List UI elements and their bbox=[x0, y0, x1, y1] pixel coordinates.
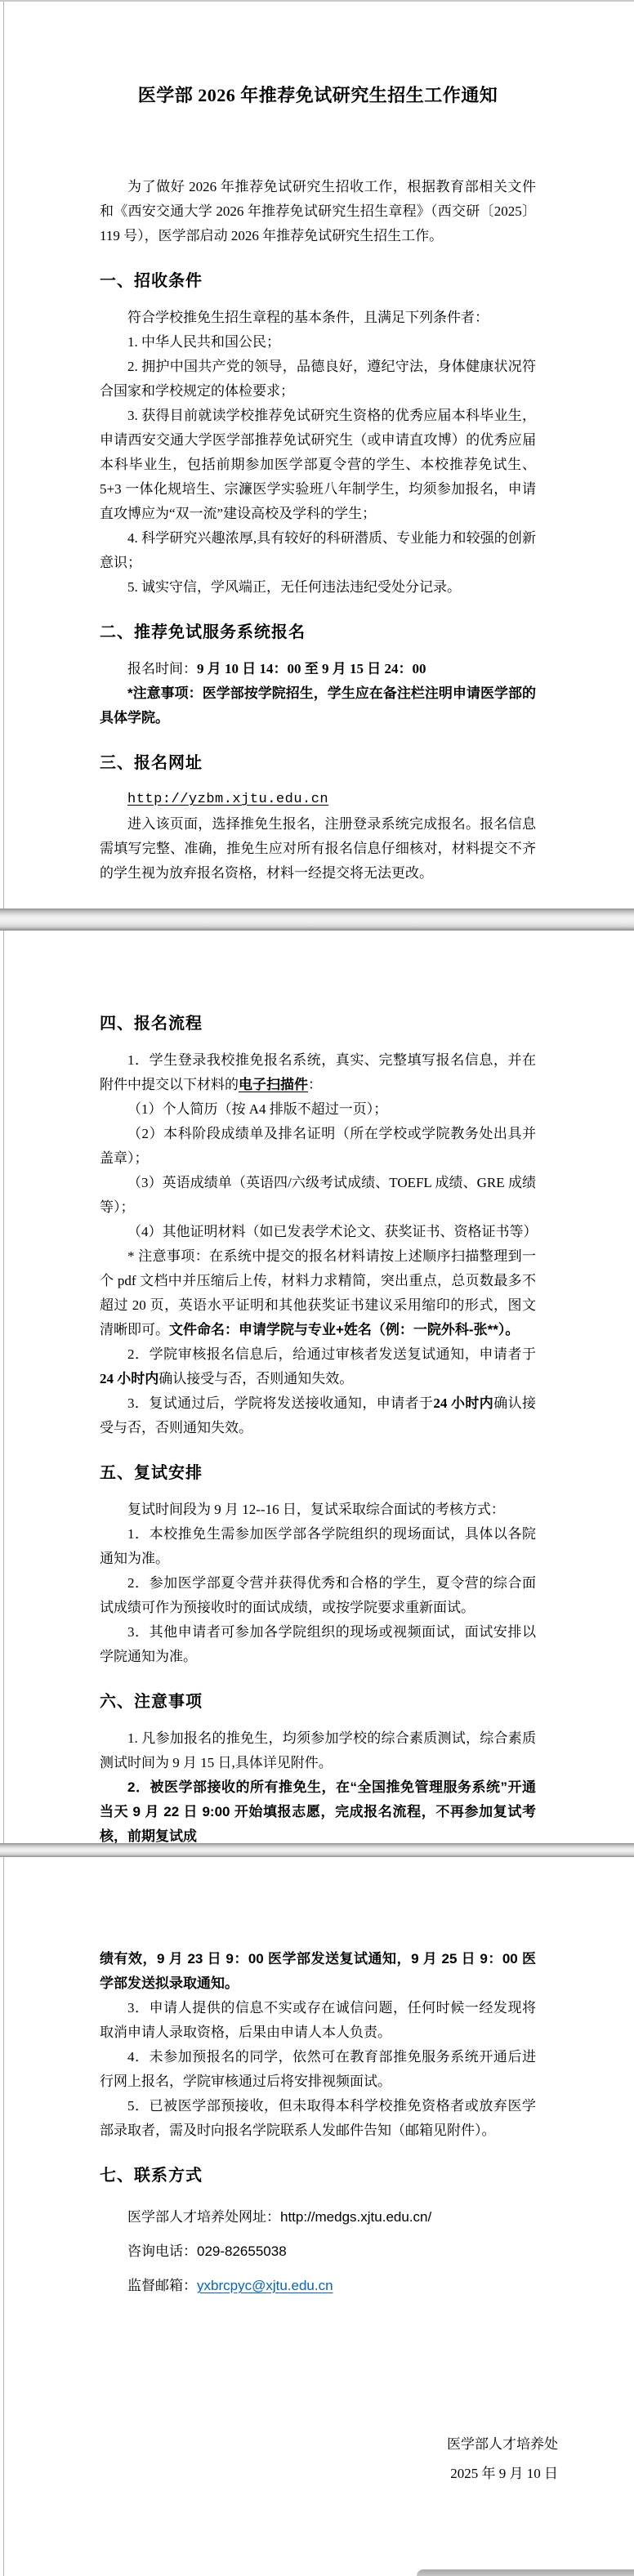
paragraph: 绩有效，9 月 23 日 9：00 医学部发送复试通知，9 月 25 日 9：0… bbox=[100, 1947, 536, 1996]
contact-line: 咨询电话：029-82655038 bbox=[100, 2234, 536, 2269]
paragraph: 2．学院审核报名信息后，给通过审核者发送复试通知，申请者于24 小时内确认接受与… bbox=[100, 1342, 536, 1391]
section-heading: 七、联系方式 bbox=[100, 2163, 536, 2189]
text-run: 3．复试通过后，学院将发送接收通知，申请者于 bbox=[127, 1395, 433, 1411]
paragraph: 5. 诚实守信，学风端正，无任何违法违纪受处分记录。 bbox=[100, 575, 536, 600]
section-heading: 四、报名流程 bbox=[100, 1011, 536, 1037]
paragraph: 2．被医学部接收的所有推免生，在“全国推免管理服务系统”开通当天 9 月 22 … bbox=[100, 1775, 536, 1843]
paragraph: 进入该页面，选择推免生报名，注册登录系统完成报名。报名信息需填写完整、准确，推免… bbox=[100, 812, 536, 886]
section-heading: 三、报名网址 bbox=[100, 750, 536, 776]
paragraph: * 注意事项：在系统中提交的报名材料请按上述顺序扫描整理到一个 pdf 文档中并… bbox=[100, 1244, 536, 1342]
paragraph: 5．已被医学部预接收，但未取得本科学校推免资格者或放弃医学部录取者，需及时向报名… bbox=[100, 2094, 536, 2143]
paragraph: 1．学生登录我校推免报名系统，真实、完整填写报名信息，并在附件中提交以下材料的电… bbox=[100, 1048, 536, 1097]
paragraph: 1. 中华人民共和国公民； bbox=[100, 330, 536, 355]
paragraph: 2. 拥护中国共产党的领导，品德良好，遵纪守法，身体健康状况符合国家和学校规定的… bbox=[100, 355, 536, 404]
email-link[interactable]: yxbrcpyc@xjtu.edu.cn bbox=[197, 2278, 333, 2293]
paragraph: 符合学校推免生招生章程的基本条件，且满足下列条件者： bbox=[100, 306, 536, 330]
text-run: 文件命名：申请学院与专业+姓名（例：一院外科-张**）。 bbox=[169, 1322, 519, 1337]
signature-line: 2025 年 9 月 10 日 bbox=[100, 2459, 558, 2489]
paragraph: 1. 凡参加报名的推免生，均须参加学校的综合素质测试，综合素质测试时间为 9 月… bbox=[100, 1726, 536, 1775]
paragraph: 报名时间：9 月 10 日 14：00 至 9 月 15 日 24：00 bbox=[100, 657, 536, 681]
text-run: 电子扫描件 bbox=[239, 1077, 308, 1092]
paragraph: 3．复试通过后，学院将发送接收通知，申请者于24 小时内确认接受与否，否则通知失… bbox=[100, 1391, 536, 1440]
page-2: 四、报名流程1．学生登录我校推免报名系统，真实、完整填写报名信息，并在附件中提交… bbox=[3, 931, 634, 1843]
section-heading: 一、招收条件 bbox=[100, 268, 536, 294]
paragraph: 为了做好 2026 年推荐免试研究生招收工作，根据教育部相关文件和《西安交通大学… bbox=[100, 175, 536, 248]
text-run: 24 小时内 bbox=[100, 1371, 158, 1386]
paragraph: （1）个人简历（按 A4 排版不超过一页）； bbox=[100, 1097, 536, 1122]
paragraph: （3）英语成绩单（英语四/六级考试成绩、TOEFL 成绩、GRE 成绩等）； bbox=[100, 1171, 536, 1220]
signup-url-link[interactable]: http://yzbm.xjtu.edu.cn bbox=[100, 788, 536, 812]
text-run: 绩有效，9 月 23 日 9：00 医学部发送复试通知，9 月 25 日 9：0… bbox=[100, 1951, 536, 1991]
document-title: 医学部 2026 年推荐免试研究生招生工作通知 bbox=[100, 82, 536, 109]
text-run: ： bbox=[308, 1077, 322, 1092]
paragraph: （2）本科阶段成绩单及排名证明（所在学校或学院教务处出具并盖章）； bbox=[100, 1122, 536, 1171]
paragraph: （4）其他证明材料（如已发表学术论文、获奖证书、资格证书等） bbox=[100, 1220, 536, 1244]
paragraph: 3．申请人提供的信息不实或存在诚信问题，任何时候一经发现将取消申请人录取资格，后… bbox=[100, 1996, 536, 2045]
text-run: 9 月 10 日 14：00 至 9 月 15 日 24：00 bbox=[197, 661, 426, 676]
text-run: 报名时间： bbox=[127, 661, 197, 676]
bottom-overlay-bar bbox=[417, 2569, 634, 2576]
text-run: 2．被医学部接收的所有推免生，在“全国推免管理服务系统”开通当天 9 月 22 … bbox=[100, 1779, 536, 1843]
contact-line: 监督邮箱：yxbrcpyc@xjtu.edu.cn bbox=[100, 2269, 536, 2303]
paragraph: 1．本校推免生需参加医学部各学院组织的现场面试，具体以各院通知为准。 bbox=[100, 1522, 536, 1571]
text-run: 监督邮箱： bbox=[127, 2278, 197, 2293]
document-viewer: 医学部 2026 年推荐免试研究生招生工作通知为了做好 2026 年推荐免试研究… bbox=[0, 0, 634, 2576]
paragraph: 4．未参加预报名的同学，依然可在教育部推免服务系统开通后进行网上报名，学院审核通… bbox=[100, 2045, 536, 2094]
text-run: 24 小时内 bbox=[433, 1395, 493, 1411]
paragraph: 3．其他申请者可参加各学院组织的现场或视频面试，面试安排以学院通知为准。 bbox=[100, 1620, 536, 1669]
paragraph: 3. 获得目前就读学校推荐免试研究生资格的优秀应届本科毕业生，申请西安交通大学医… bbox=[100, 404, 536, 526]
paragraph: 2．参加医学部夏令营并获得优秀和合格的学生，夏令营的综合面试成绩可作为预接收时的… bbox=[100, 1571, 536, 1620]
page-gap bbox=[0, 909, 634, 931]
section-heading: 六、注意事项 bbox=[100, 1689, 536, 1715]
paragraph: *注意事项：医学部按学院招生，学生应在备注栏注明申请医学部的具体学院。 bbox=[100, 681, 536, 730]
text-run: *注意事项：医学部按学院招生，学生应在备注栏注明申请医学部的具体学院。 bbox=[100, 685, 536, 725]
page-gap bbox=[0, 1843, 634, 1857]
contact-line: 医学部人才培养处网址：http://medgs.xjtu.edu.cn/ bbox=[100, 2200, 536, 2234]
paragraph: 复试时间段为 9 月 12--16 日，复试采取综合面试的考核方式： bbox=[100, 1498, 536, 1522]
paragraph: 4. 科学研究兴趣浓厚,具有较好的科研潜质、专业能力和较强的创新意识； bbox=[100, 526, 536, 575]
text-run: 2．学院审核报名信息后，给通过审核者发送复试通知，申请者于 bbox=[127, 1346, 536, 1362]
page-3: 绩有效，9 月 23 日 9：00 医学部发送复试通知，9 月 25 日 9：0… bbox=[3, 1857, 634, 2576]
signature-line: 医学部人才培养处 bbox=[100, 2430, 558, 2459]
document-pages: 医学部 2026 年推荐免试研究生招生工作通知为了做好 2026 年推荐免试研究… bbox=[0, 2, 634, 2576]
page-1: 医学部 2026 年推荐免试研究生招生工作通知为了做好 2026 年推荐免试研究… bbox=[3, 2, 634, 909]
text-run: 确认接受与否，否则通知失效。 bbox=[158, 1371, 353, 1386]
section-heading: 二、推荐免试服务系统报名 bbox=[100, 619, 536, 645]
section-heading: 五、复试安排 bbox=[100, 1460, 536, 1486]
